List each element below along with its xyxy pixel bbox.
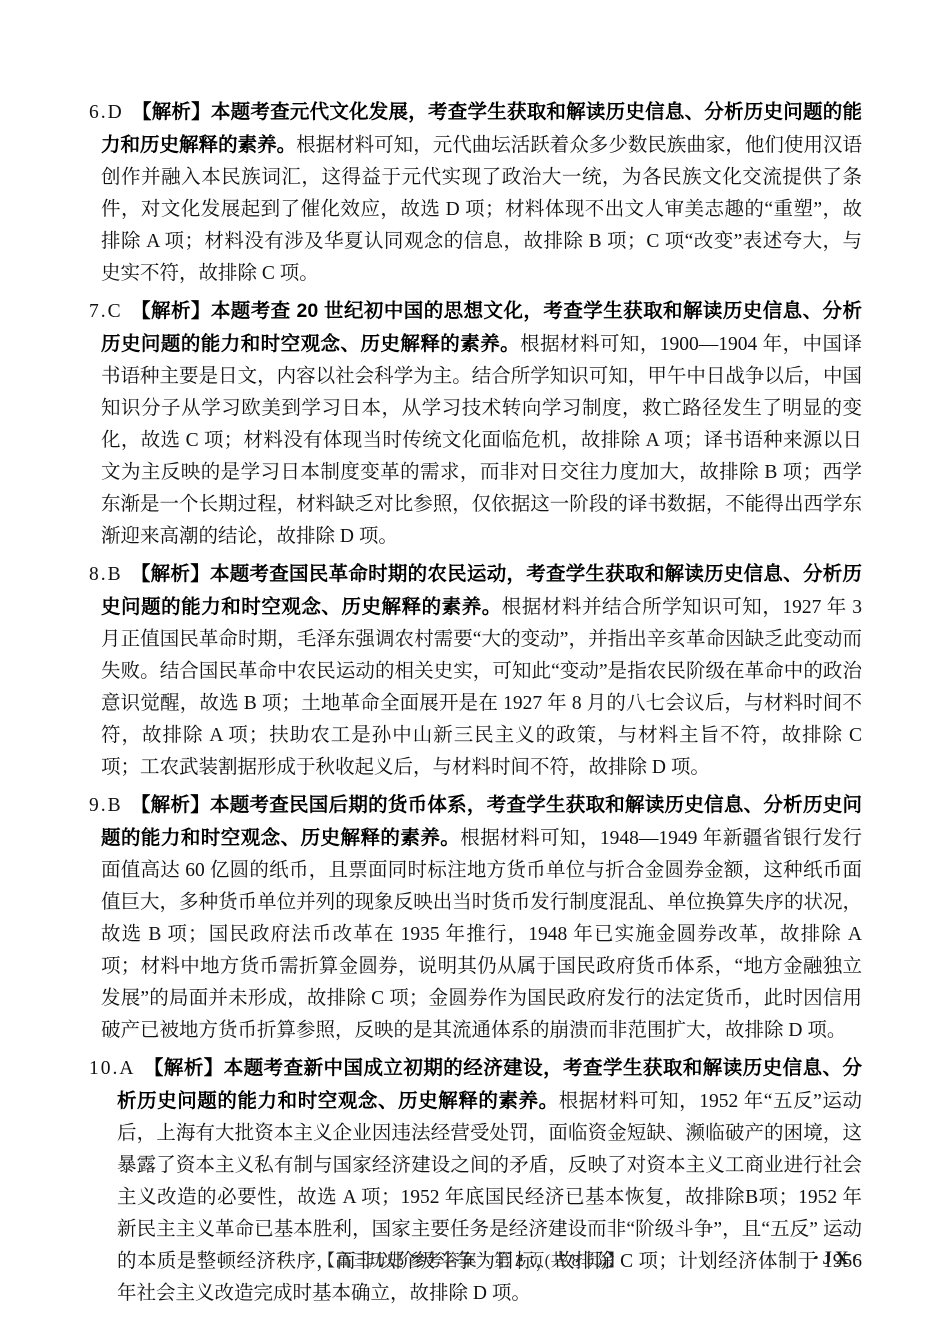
footer-print-smudge: … [763,1254,775,1280]
answer-item-8: 8.B【解析】本题考查国民革命时期的农民运动，考查学生获取和解读历史信息、分析历… [89,558,862,784]
answer-item-6: 6.D【解析】本题考查元代文化发展，考查学生获取和解读历史信息、分析历史问题的能… [89,96,862,290]
question-9-answer-label: 9.B [89,795,123,816]
question-10-answer-label: 10.A [89,1058,135,1079]
page-footer: 【高三历史·参考答案 第 2 页(共 8 页)】 … ·JX· [0,1248,950,1278]
question-9-analysis-body: 根据材料可知，1948—1949 年新疆省银行发行面值高达 60 亿圆的纸币，且… [101,828,862,1041]
answer-item-7: 7.C【解析】本题考查 20 世纪初中国的思想文化，考查学生获取和解读历史信息、… [89,295,862,553]
answer-item-9: 9.B【解析】本题考查民国后期的货币体系，考查学生获取和解读历史信息、分析历史问… [89,789,862,1047]
question-7-answer-label: 7.C [89,301,123,322]
answers-list: 6.D【解析】本题考查元代文化发展，考查学生获取和解读历史信息、分析历史问题的能… [89,96,862,1315]
question-7-analysis-body: 根据材料可知，1900—1904 年，中国译书语种主要是日文，内容以社会科学为主… [101,334,862,547]
footer-title-page-number: 【高三历史·参考答案 第 2 页(共 8 页)】 [318,1248,624,1274]
question-8-answer-label: 8.B [89,564,123,585]
question-6-analysis-body: 根据材料可知，元代曲坛活跃着众多少数民族曲家，他们使用汉语创作并融入本民族词汇，… [101,135,862,284]
question-6-answer-label: 6.D [89,102,124,123]
footer-edition-code: ·JX· [813,1246,861,1272]
answer-sheet-page: 6.D【解析】本题考查元代文化发展，考查学生获取和解读历史信息、分析历史问题的能… [0,0,950,1344]
question-8-analysis-body: 根据材料并结合所学知识可知，1927 年 3 月正值国民革命时期，毛泽东强调农村… [101,597,862,778]
